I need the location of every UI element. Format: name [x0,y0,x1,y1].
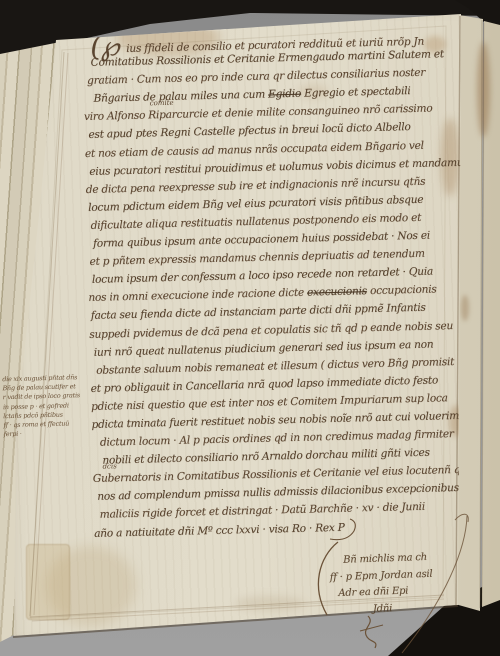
manuscript-photo: (℘ius ffideli de consilio et pcuratori r… [0,0,500,656]
stain-blob [235,596,305,611]
interlinear-word: comite [150,100,174,108]
text-line-content: nos in omni execucione inde racione dict… [88,287,307,304]
struck-word: execucionis [307,285,367,298]
text-line-content: Bñgarius de palau miles una cum [93,89,268,105]
stain-patch [26,544,70,620]
signature-block: Bñ michlis ma ch ff · p Epm Jordan asil … [329,549,461,619]
text-line-content: Egregio et spectabili [301,85,411,100]
edge-stain [477,42,490,137]
text-block: (℘ius ffideli de consilio et pcuratori r… [82,27,476,543]
struck-word: Egidio [268,88,301,101]
initial-letter: (℘ [90,38,119,57]
margin-note: die xix augusti pñtat dñs Bñg de palau s… [2,373,96,440]
interlinear-word: dcis [102,463,116,470]
edge-stain-small [461,295,469,321]
signature-line: Jdñi [373,598,462,618]
text-line-content: occupacionis [367,284,437,298]
